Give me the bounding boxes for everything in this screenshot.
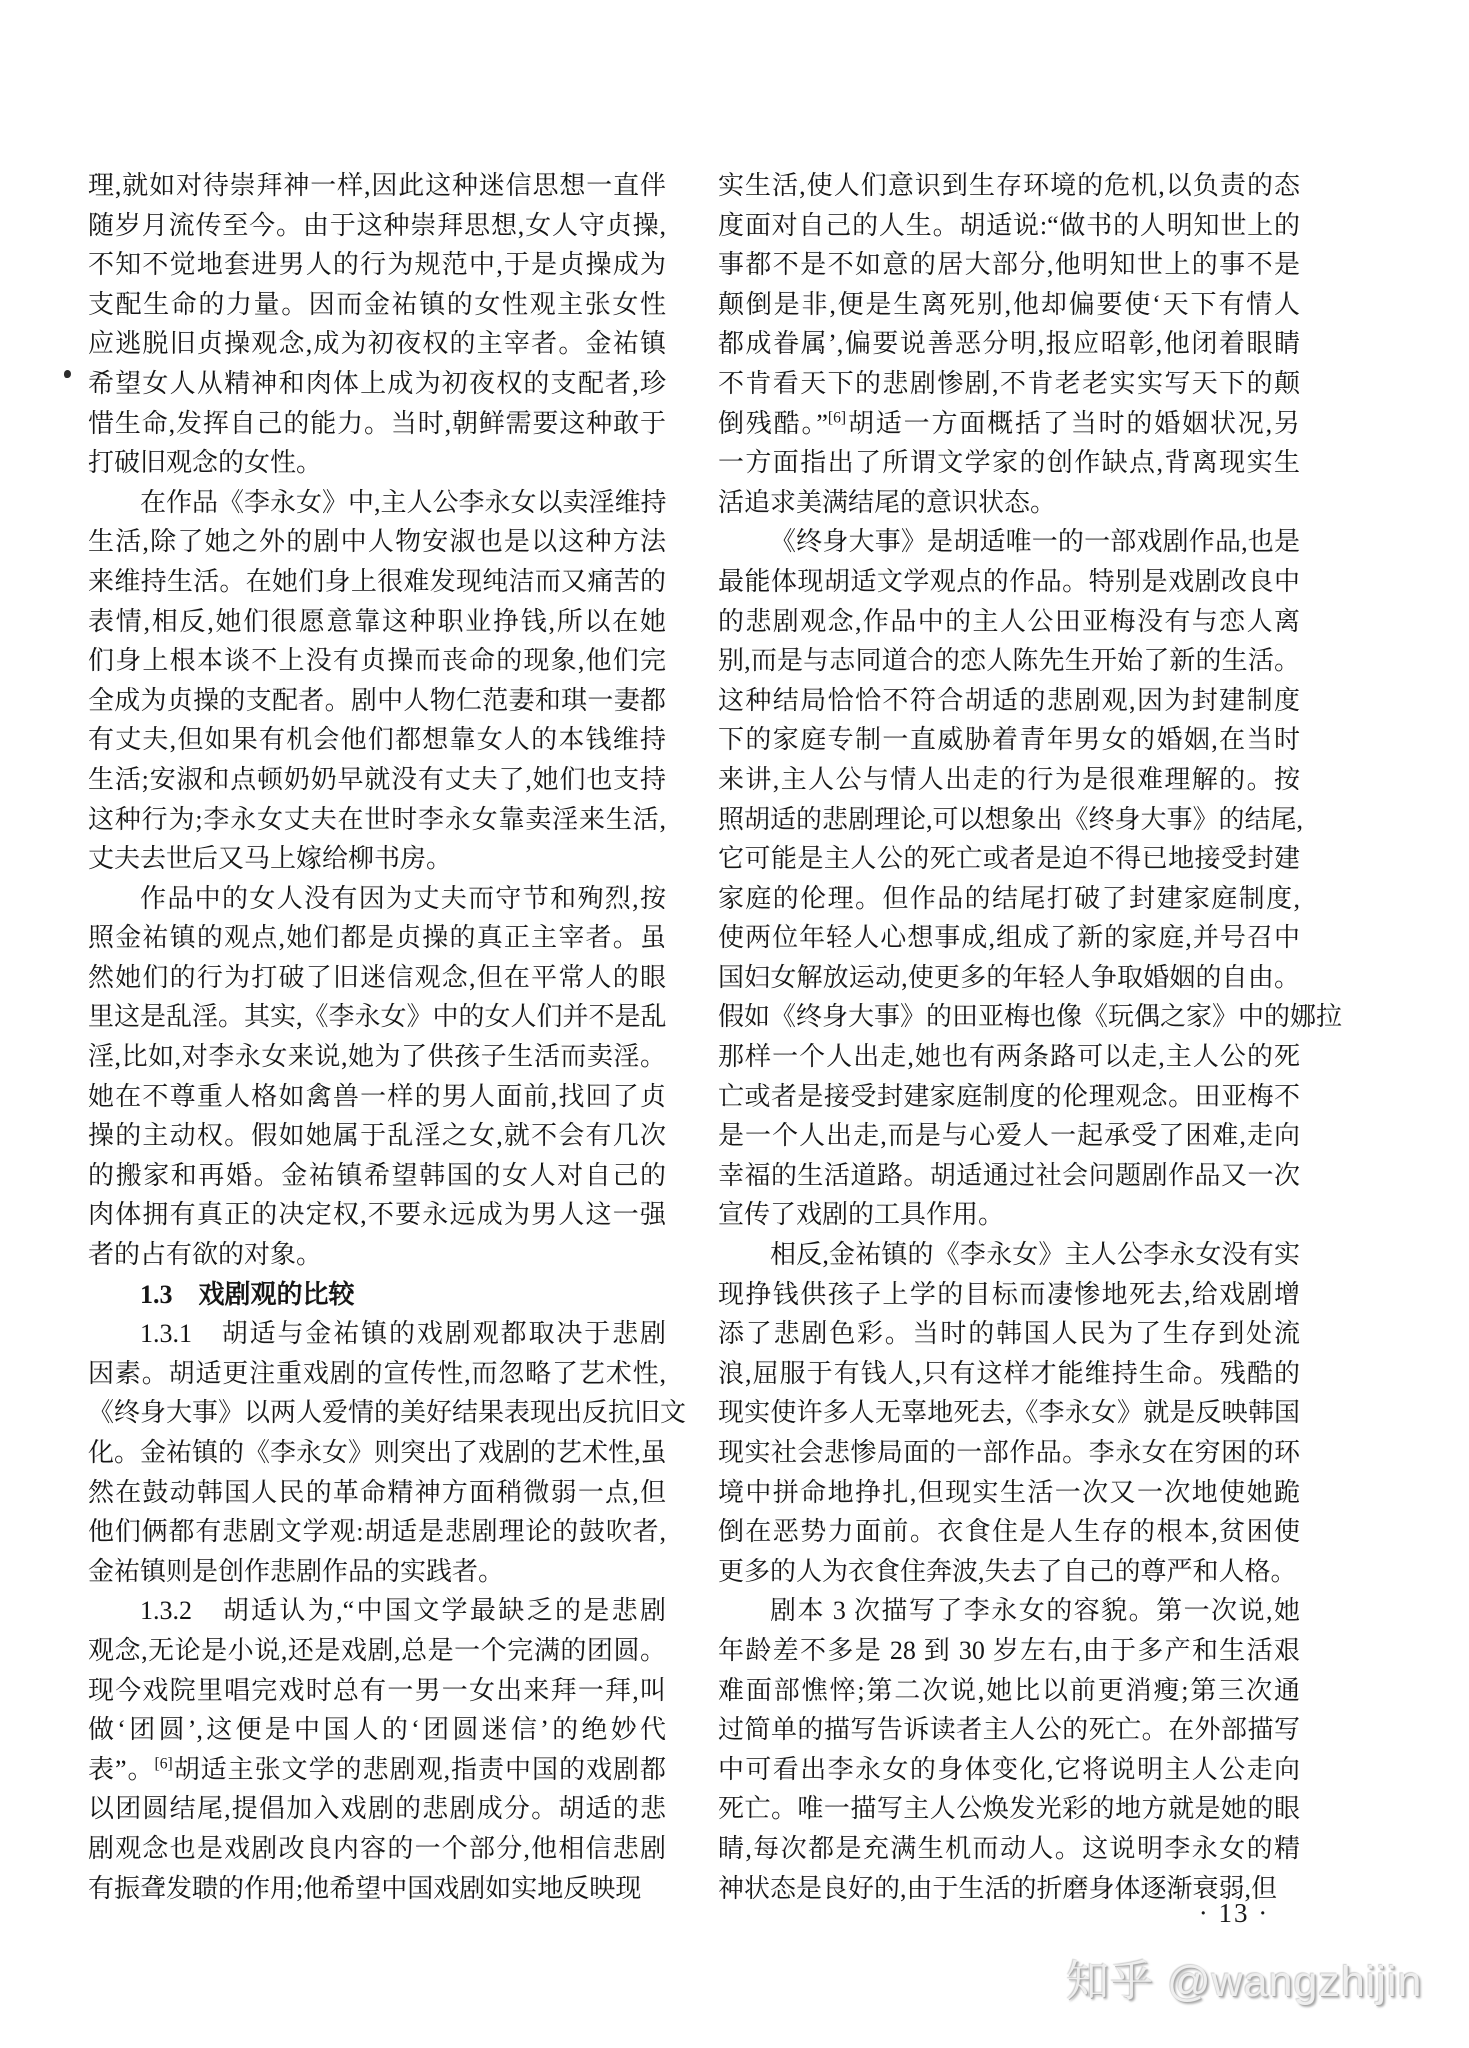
text-line: 丈夫去世后又马上嫁给柳书房。 xyxy=(88,839,666,879)
text-line: 操的主动权。假如她属于乱淫之女,就不会有几次 xyxy=(88,1116,666,1156)
text-line: 来维持生活。在她们身上很难发现纯洁而又痛苦的 xyxy=(88,562,666,602)
text-line: 他们俩都有悲剧文学观:胡适是悲剧理论的鼓吹者, xyxy=(88,1512,666,1552)
text-line: 事都不是不如意的居大部分,他明知世上的事不是 xyxy=(718,245,1300,285)
text-line: 境中拼命地挣扎,但现实生活一次又一次地使她跪 xyxy=(718,1473,1300,1513)
text-line: 更多的人为衣食住奔波,失去了自己的尊严和人格。 xyxy=(718,1552,1300,1592)
text-line: 剧本 3 次描写了李永女的容貌。第一次说,她 xyxy=(718,1591,1300,1631)
text-line: 1.3.2 胡适认为,“中国文学最缺乏的是悲剧 xyxy=(88,1591,666,1631)
text-line: 年龄差不多是 28 到 30 岁左右,由于多产和生活艰 xyxy=(718,1631,1300,1671)
text-line: 者的占有欲的对象。 xyxy=(88,1235,666,1275)
text-line: 一方面指出了所谓文学家的创作缺点,背离现实生 xyxy=(718,443,1300,483)
text-line: 是一个人出走,而是与心爱人一起承受了困难,走向 xyxy=(718,1116,1300,1156)
text-line: 家庭的伦理。但作品的结尾打破了封建家庭制度, xyxy=(718,879,1300,919)
text-line: 相反,金祐镇的《李永女》主人公李永女没有实 xyxy=(718,1235,1300,1275)
paragraph: 理,就如对待崇拜神一样,因此这种迷信思想一直伴随岁月流传至今。由于这种崇拜思想,… xyxy=(88,166,666,483)
text-line: 表”。[6]胡适主张文学的悲剧观,指责中国的戏剧都 xyxy=(88,1750,666,1790)
text-line: 不肯看天下的悲剧惨剧,不肯老老实实写天下的颠 xyxy=(718,364,1300,404)
text-line: 它可能是主人公的死亡或者是迫不得已地接受封建 xyxy=(718,839,1300,879)
text-line: 死亡。唯一描写主人公焕发光彩的地方就是她的眼 xyxy=(718,1789,1300,1829)
citation-reference: [6] xyxy=(828,409,846,426)
text-line: 难面部憔悴;第二次说,她比以前更消瘦;第三次通 xyxy=(718,1671,1300,1711)
text-line: 那样一个人出走,她也有两条路可以走,主人公的死 xyxy=(718,1037,1300,1077)
paragraph: 相反,金祐镇的《李永女》主人公李永女没有实现挣钱供孩子上学的目标而凄惨地死去,给… xyxy=(718,1235,1300,1591)
text-line: 活追求美满结尾的意识状态。 xyxy=(718,483,1300,523)
text-line: 淫,比如,对李永女来说,她为了供孩子生活而卖淫。 xyxy=(88,1037,666,1077)
citation-reference: [6] xyxy=(155,1755,173,1772)
paragraph: 1.3.1 胡适与金祐镇的戏剧观都取决于悲剧因素。胡适更注重戏剧的宣传性,而忽略… xyxy=(88,1314,666,1591)
margin-stray-mark xyxy=(64,370,71,378)
text-line: 支配生命的力量。因而金祐镇的女性观主张女性 xyxy=(88,285,666,325)
paragraph: 作品中的女人没有因为丈夫而守节和殉烈,按照金祐镇的观点,她们都是贞操的真正主宰者… xyxy=(88,879,666,1275)
text-line: 以团圆结尾,提倡加入戏剧的悲剧成分。胡适的悲 xyxy=(88,1789,666,1829)
text-line: 使两位年轻人心想事成,组成了新的家庭,并号召中 xyxy=(718,918,1300,958)
text-line: 宣传了戏剧的工具作用。 xyxy=(718,1195,1300,1235)
text-line: 国妇女解放运动,使更多的年轻人争取婚姻的自由。 xyxy=(718,958,1300,998)
text-line: 然她们的行为打破了旧迷信观念,但在平常人的眼 xyxy=(88,958,666,998)
text-line: 在作品《李永女》中,主人公李永女以卖淫维持 xyxy=(88,483,666,523)
text-line: 理,就如对待崇拜神一样,因此这种迷信思想一直伴 xyxy=(88,166,666,206)
text-line: 然在鼓动韩国人民的革命精神方面稍微弱一点,但 xyxy=(88,1473,666,1513)
text-line: 生活;安淑和点顿奶奶早就没有丈夫了,她们也支持 xyxy=(88,760,666,800)
text-line: 过简单的描写告诉读者主人公的死亡。在外部描写 xyxy=(718,1710,1300,1750)
text-line: 颠倒是非,便是生离死别,他却偏要使‘天下有情人 xyxy=(718,285,1300,325)
text-line: 的悲剧观念,作品中的主人公田亚梅没有与恋人离 xyxy=(718,602,1300,642)
text-line: 幸福的生活道路。胡适通过社会问题剧作品又一次 xyxy=(718,1156,1300,1196)
text-line: 表情,相反,她们很愿意靠这种职业挣钱,所以在她 xyxy=(88,602,666,642)
text-line: 最能体现胡适文学观点的作品。特别是戏剧改良中 xyxy=(718,562,1300,602)
text-line: 她在不尊重人格如禽兽一样的男人面前,找回了贞 xyxy=(88,1077,666,1117)
text-line: 这种结局恰恰不符合胡适的悲剧观,因为封建制度 xyxy=(718,681,1300,721)
text-line: 化。金祐镇的《李永女》则突出了戏剧的艺术性,虽 xyxy=(88,1433,666,1473)
text-line: 浪,屈服于有钱人,只有这样才能维持生命。残酷的 xyxy=(718,1354,1300,1394)
paragraph: 剧本 3 次描写了李永女的容貌。第一次说,她年龄差不多是 28 到 30 岁左右… xyxy=(718,1591,1300,1908)
text-line: 全成为贞操的支配者。剧中人物仁范妻和琪一妻都 xyxy=(88,681,666,721)
text-line: 应逃脱旧贞操观念,成为初夜权的主宰者。金祐镇 xyxy=(88,324,666,364)
text-line: 倒残酷。”[6]胡适一方面概括了当时的婚姻状况,另 xyxy=(718,404,1300,444)
text-line: 来讲,主人公与情人出走的行为是很难理解的。按 xyxy=(718,760,1300,800)
text-line: 们身上根本谈不上没有贞操而丧命的现象,他们完 xyxy=(88,641,666,681)
text-line: 剧观念也是戏剧改良内容的一个部分,他相信悲剧 xyxy=(88,1829,666,1869)
scanned-paper-page: { "page": { "background": "#ffffff", "te… xyxy=(0,0,1469,2048)
text-line: 惜生命,发挥自己的能力。当时,朝鲜需要这种敢于 xyxy=(88,404,666,444)
text-line: 照胡适的悲剧理论,可以想象出《终身大事》的结尾, xyxy=(718,800,1300,840)
text-line: 观念,无论是小说,还是戏剧,总是一个完满的团圆。 xyxy=(88,1631,666,1671)
paragraph: 1.3.2 胡适认为,“中国文学最缺乏的是悲剧观念,无论是小说,还是戏剧,总是一… xyxy=(88,1591,666,1908)
text-line: 添了悲剧色彩。当时的韩国人民为了生存到处流 xyxy=(718,1314,1300,1354)
text-line: 金祐镇则是创作悲剧作品的实践者。 xyxy=(88,1552,666,1592)
text-line: 有振聋发聩的作用;他希望中国戏剧如实地反映现 xyxy=(88,1869,666,1909)
text-line: 作品中的女人没有因为丈夫而守节和殉烈,按 xyxy=(88,879,666,919)
right-column: 实生活,使人们意识到生存环境的危机,以负责的态度面对自己的人生。胡适说:“做书的… xyxy=(718,166,1300,1908)
text-line: 实生活,使人们意识到生存环境的危机,以负责的态 xyxy=(718,166,1300,206)
text-line: 1.3 戏剧观的比较 xyxy=(88,1275,666,1315)
text-line: 随岁月流传至今。由于这种崇拜思想,女人守贞操, xyxy=(88,206,666,246)
text-line: 度面对自己的人生。胡适说:“做书的人明知世上的 xyxy=(718,206,1300,246)
text-line: 肉体拥有真正的决定权,不要永远成为男人这一强 xyxy=(88,1195,666,1235)
text-line: 做‘团圆’,这便是中国人的‘团圆迷信’的绝妙代 xyxy=(88,1710,666,1750)
text-line: 现实社会悲惨局面的一部作品。李永女在穷困的环 xyxy=(718,1433,1300,1473)
text-line: 倒在恶势力面前。衣食住是人生存的根本,贫困使 xyxy=(718,1512,1300,1552)
text-line: 1.3.1 胡适与金祐镇的戏剧观都取决于悲剧 xyxy=(88,1314,666,1354)
text-line: 现实使许多人无辜地死去,《李永女》就是反映韩国 xyxy=(718,1393,1300,1433)
left-column: 理,就如对待崇拜神一样,因此这种迷信思想一直伴随岁月流传至今。由于这种崇拜思想,… xyxy=(88,166,666,1908)
text-line: 假如《终身大事》的田亚梅也像《玩偶之家》中的娜拉 xyxy=(718,997,1300,1037)
text-line: 别,而是与志同道合的恋人陈先生开始了新的生活。 xyxy=(718,641,1300,681)
text-line: 因素。胡适更注重戏剧的宣传性,而忽略了艺术性, xyxy=(88,1354,666,1394)
text-line: 现挣钱供孩子上学的目标而凄惨地死去,给戏剧增 xyxy=(718,1275,1300,1315)
page-number: · 13 · xyxy=(1158,1898,1310,1929)
text-line: 照金祐镇的观点,她们都是贞操的真正主宰者。虽 xyxy=(88,918,666,958)
text-line: 打破旧观念的女性。 xyxy=(88,443,666,483)
paragraph: 《终身大事》是胡适唯一的一部戏剧作品,也是最能体现胡适文学观点的作品。特别是戏剧… xyxy=(718,522,1300,1235)
paragraph: 在作品《李永女》中,主人公李永女以卖淫维持生活,除了她之外的剧中人物安淑也是以这… xyxy=(88,483,666,879)
text-line: 希望女人从精神和肉体上成为初夜权的支配者,珍 xyxy=(88,364,666,404)
text-line: 《终身大事》是胡适唯一的一部戏剧作品,也是 xyxy=(718,522,1300,562)
text-line: 有丈夫,但如果有机会他们都想靠女人的本钱维持 xyxy=(88,720,666,760)
paragraph: 实生活,使人们意识到生存环境的危机,以负责的态度面对自己的人生。胡适说:“做书的… xyxy=(718,166,1300,522)
text-line: 的搬家和再婚。金祐镇希望韩国的女人对自己的 xyxy=(88,1156,666,1196)
text-line: 这种行为;李永女丈夫在世时李永女靠卖淫来生活, xyxy=(88,800,666,840)
text-line: 里这是乱淫。其实,《李永女》中的女人们并不是乱 xyxy=(88,997,666,1037)
text-line: 中可看出李永女的身体变化,它将说明主人公走向 xyxy=(718,1750,1300,1790)
text-line: 生活,除了她之外的剧中人物安淑也是以这种方法 xyxy=(88,522,666,562)
watermark: 知乎 @wangzhijin xyxy=(1066,1948,1422,2009)
section-heading: 1.3 戏剧观的比较 xyxy=(88,1275,666,1315)
text-line: 不知不觉地套进男人的行为规范中,于是贞操成为 xyxy=(88,245,666,285)
text-line: 都成眷属’,偏要说善恶分明,报应昭彰,他闭着眼睛 xyxy=(718,324,1300,364)
text-line: 睛,每次都是充满生机而动人。这说明李永女的精 xyxy=(718,1829,1300,1869)
text-line: 亡或者是接受封建家庭制度的伦理观念。田亚梅不 xyxy=(718,1077,1300,1117)
text-line: 下的家庭专制一直威胁着青年男女的婚姻,在当时 xyxy=(718,720,1300,760)
text-line: 《终身大事》以两人爱情的美好结果表现出反抗旧文 xyxy=(88,1393,666,1433)
text-line: 现今戏院里唱完戏时总有一男一女出来拜一拜,叫 xyxy=(88,1671,666,1711)
